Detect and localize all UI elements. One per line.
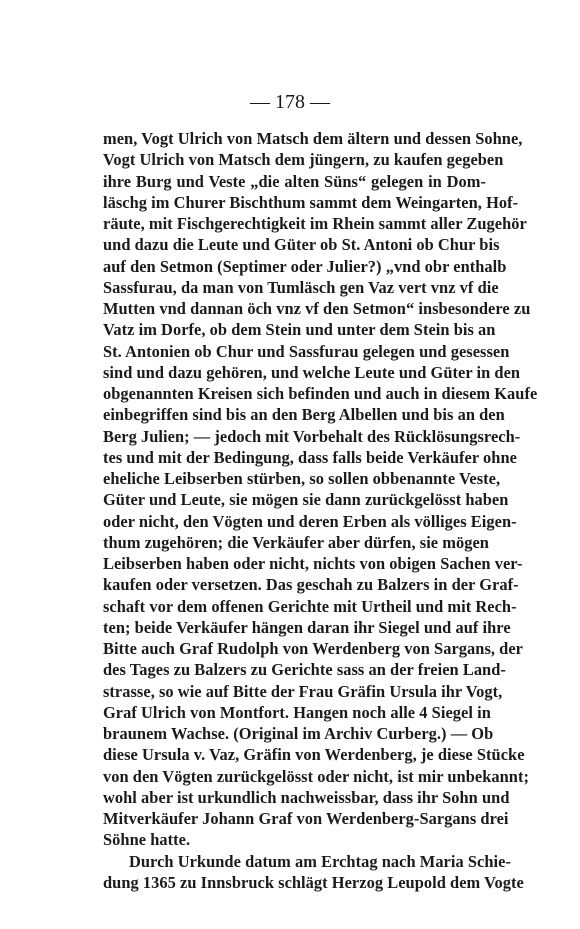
text-line: diese Ursula v. Vaz, Gräfin von Werdenbe… bbox=[103, 744, 486, 765]
text-line: ihre Burg und Veste „die alten Süns“ gel… bbox=[103, 171, 486, 192]
text-line: von den Vögten zurückgelösst oder nicht,… bbox=[103, 766, 486, 787]
text-line: braunem Wachse. (Original im Archiv Curb… bbox=[103, 723, 486, 744]
text-line: kaufen oder versetzen. Das geschah zu Ba… bbox=[103, 574, 486, 595]
text-line: und dazu die Leute und Güter ob St. Anto… bbox=[103, 234, 486, 255]
text-line: Söhne hatte. bbox=[103, 829, 486, 850]
text-line: auf den Setmon (Septimer oder Julier?) „… bbox=[103, 256, 486, 277]
text-line: Durch Urkunde datum am Erchtag nach Mari… bbox=[103, 851, 486, 872]
body-text: men, Vogt Ulrich von Matsch dem ältern u… bbox=[103, 128, 486, 893]
text-line: Vatz im Dorfe, ob dem Stein und unter de… bbox=[103, 319, 486, 340]
text-line: räute, mit Fischgerechtigkeit im Rhein s… bbox=[103, 213, 486, 234]
book-page: — 178 — men, Vogt Ulrich von Matsch dem … bbox=[0, 0, 580, 929]
text-line: Mutten vnd dannan öch vnz vf den Setmon“… bbox=[103, 298, 486, 319]
text-line: eheliche Leibserben stürben, so sollen o… bbox=[103, 468, 486, 489]
text-line: Sassfurau, da man von Tumläsch gen Vaz v… bbox=[103, 277, 486, 298]
text-line: St. Antonien ob Chur und Sassfurau geleg… bbox=[103, 341, 486, 362]
text-line: dung 1365 zu Innsbruck schlägt Herzog Le… bbox=[103, 872, 486, 893]
text-line: Leibserben haben oder nicht, nichts von … bbox=[103, 553, 486, 574]
page-number: — 178 — bbox=[0, 90, 580, 114]
text-line: thum zugehören; die Verkäufer aber dürfe… bbox=[103, 532, 486, 553]
text-line: des Tages zu Balzers zu Gerichte sass an… bbox=[103, 659, 486, 680]
paragraph-2: Durch Urkunde datum am Erchtag nach Mari… bbox=[103, 851, 486, 894]
text-line: Güter und Leute, sie mögen sie dann zurü… bbox=[103, 489, 486, 510]
text-line: Graf Ulrich von Montfort. Hangen noch al… bbox=[103, 702, 486, 723]
text-line: Bitte auch Graf Rudolph von Werdenberg v… bbox=[103, 638, 486, 659]
text-line: Vogt Ulrich von Matsch dem jüngern, zu k… bbox=[103, 149, 486, 170]
text-line: läschg im Churer Bischthum sammt dem Wei… bbox=[103, 192, 486, 213]
text-line: obgenannten Kreisen sich befinden und au… bbox=[103, 383, 486, 404]
text-line: einbegriffen sind bis an den Berg Albell… bbox=[103, 404, 486, 425]
text-line: strasse, so wie auf Bitte der Frau Gräfi… bbox=[103, 681, 486, 702]
text-line: men, Vogt Ulrich von Matsch dem ältern u… bbox=[103, 128, 486, 149]
paragraph-1: men, Vogt Ulrich von Matsch dem ältern u… bbox=[103, 128, 486, 851]
text-line: oder nicht, den Vögten und deren Erben a… bbox=[103, 511, 486, 532]
text-line: sind und dazu gehören, und welche Leute … bbox=[103, 362, 486, 383]
text-line: wohl aber ist urkundlich nachweissbar, d… bbox=[103, 787, 486, 808]
text-line: Berg Julien; — jedoch mit Vorbehalt des … bbox=[103, 426, 486, 447]
text-line: ten; beide Verkäufer hängen daran ihr Si… bbox=[103, 617, 486, 638]
text-line: schaft vor dem offenen Gerichte mit Urth… bbox=[103, 596, 486, 617]
text-line: Mitverkäufer Johann Graf von Werdenberg-… bbox=[103, 808, 486, 829]
text-line: tes und mit der Bedingung, dass falls be… bbox=[103, 447, 486, 468]
